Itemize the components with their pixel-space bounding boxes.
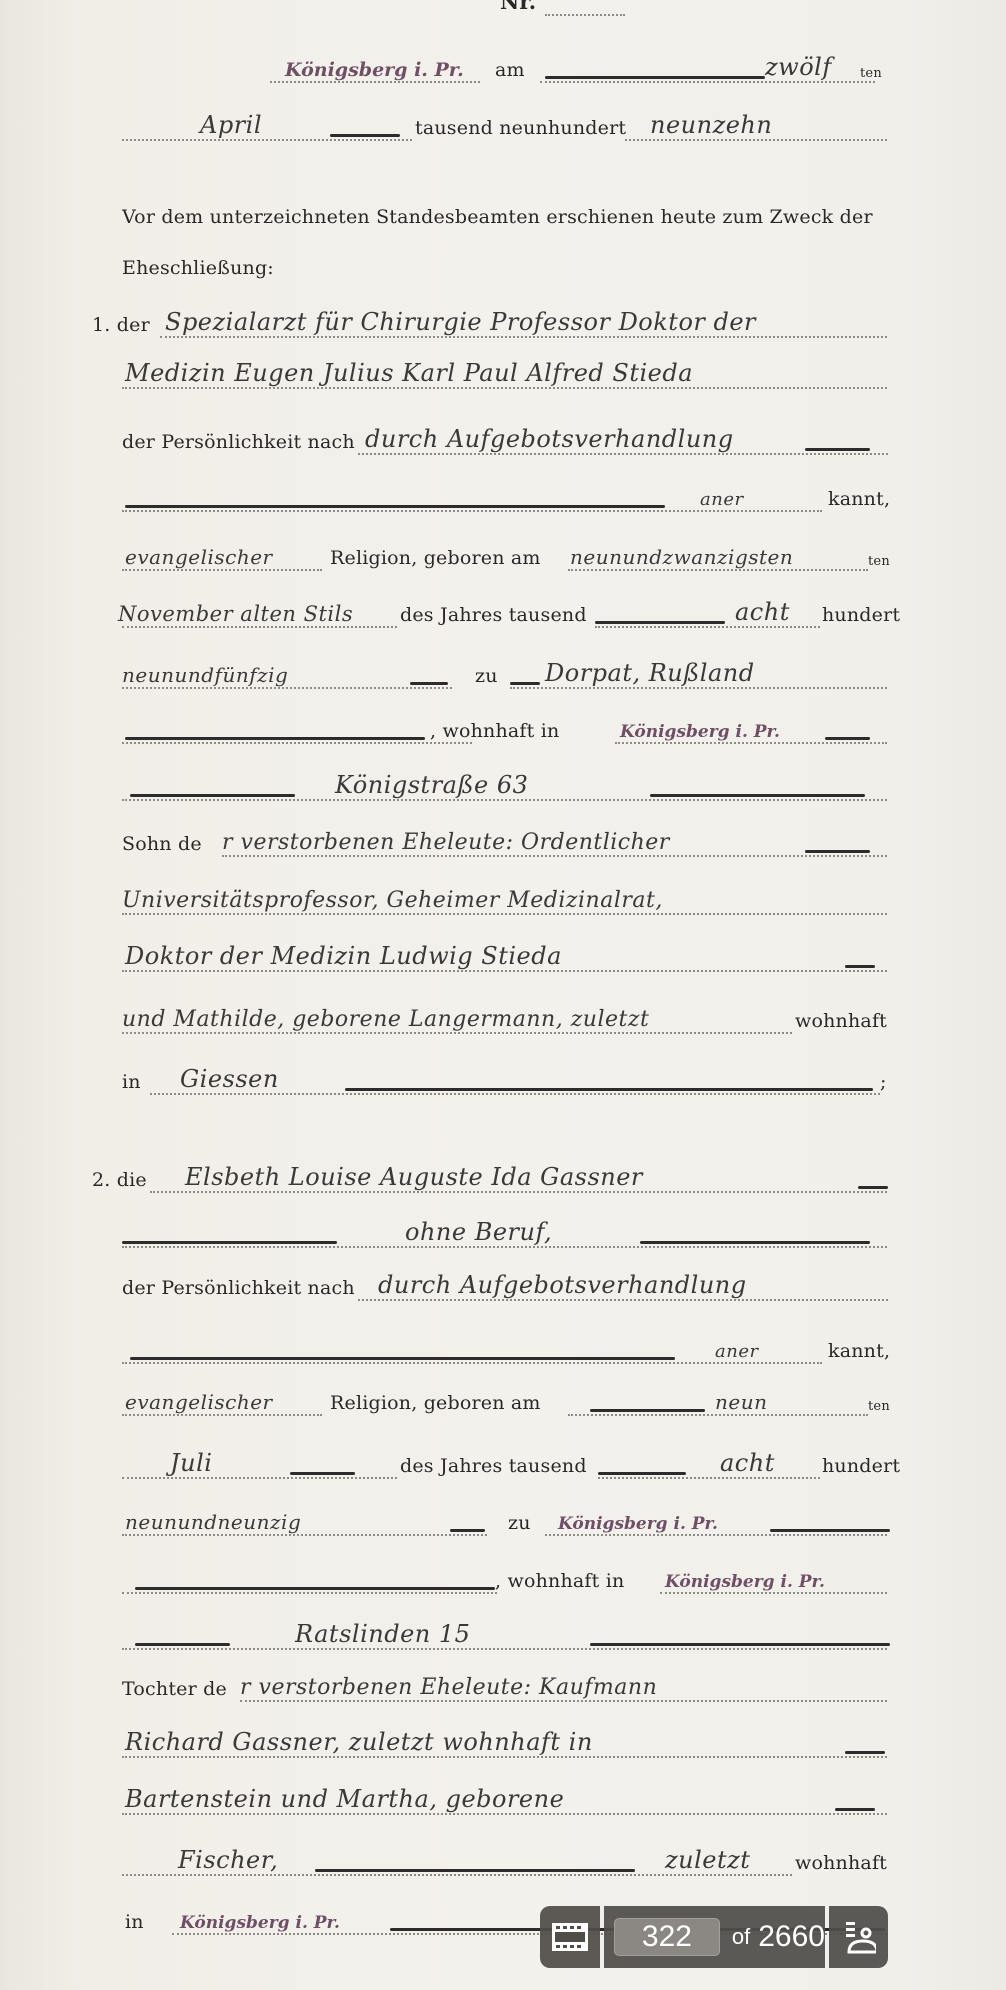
groom-parents-residence-line: in Giessen ; [0, 1057, 1006, 1097]
nr-label: Nr. [500, 0, 536, 14]
groom-religion-line: evangelischer Religion, geboren am neunu… [0, 533, 1006, 573]
groom-occupation-line: 1. der Spezialarzt für Chirurgie Profess… [0, 300, 1006, 340]
groom-birth-year: neunundfünfzig [122, 663, 288, 687]
bride-father: Richard Gassner, zuletzt wohnhaft in [125, 1728, 593, 1756]
bride-name-line: 2. die Elsbeth Louise Auguste Ida Gassne… [0, 1155, 1006, 1195]
groom-mother-line: und Mathilde, geborene Langermann, zulet… [0, 996, 1006, 1036]
wohnhaft-label: wohnhaft [795, 1852, 887, 1874]
place-stamp: Königsberg i. Pr. [285, 59, 464, 81]
bride-identity-line: der Persönlichkeit nach durch Aufgebotsv… [0, 1263, 1006, 1303]
bride-mother-maiden-line: Fischer, zuletzt wohnhaft [0, 1838, 1006, 1878]
kannt-label: kannt, [828, 488, 890, 510]
bride-occupation-line: ohne Beruf, [0, 1210, 1006, 1250]
month-handwritten: April [200, 111, 262, 139]
document-page: Nr. Königsberg i. Pr. am zwölf ten April… [0, 0, 1006, 1990]
groom-father-title-line: Universitätsprofessor, Geheimer Medizina… [0, 877, 1006, 917]
groom-parents-residence: Giessen [180, 1065, 279, 1093]
groom-occupation: Spezialarzt für Chirurgie Professor Dokt… [165, 308, 756, 336]
bride-identity-method: durch Aufgebotsverhandlung [378, 1271, 747, 1299]
kannt-label: kannt, [828, 1340, 890, 1362]
tausend-neunhundert-label: tausend neunhundert [415, 117, 626, 139]
religion-born-label: Religion, geboren am [330, 1392, 541, 1414]
hundert-label: hundert [822, 604, 900, 626]
wohnhaft-in-label: , wohnhaft in [430, 720, 559, 742]
identity-label: der Persönlichkeit nach [122, 1277, 355, 1299]
bride-parents-line: Tochter de r verstorbenen Eheleute: Kauf… [0, 1664, 1006, 1704]
des-jahres-label: des Jahres tausend [400, 1455, 587, 1477]
am-label: am [495, 59, 525, 81]
wohnhaft-label: wohnhaft [795, 1010, 887, 1032]
of-label: of [732, 1924, 750, 1950]
intro-text: Vor dem unterzeichneten Standesbeamten e… [122, 206, 873, 228]
current-page-input[interactable]: 322 [614, 1918, 720, 1956]
groom-residence-line: , wohnhaft in Königsberg i. Pr. [0, 706, 1006, 746]
groom-father-name: Doktor der Medizin Ludwig Stieda [125, 942, 562, 970]
year-handwritten: neunzehn [650, 111, 772, 139]
groom-mother: und Mathilde, geborene Langermann, zulet… [122, 1007, 649, 1032]
sohn-der-label: Sohn de [122, 833, 202, 855]
des-jahres-label: des Jahres tausend [400, 604, 587, 626]
bride-parents-residence-stamp: Königsberg i. Pr. [180, 1913, 340, 1933]
bride-street-line: Ratslinden 15 [0, 1612, 1006, 1652]
ten-suffix: ten [868, 554, 890, 569]
groom-birthplace: Dorpat, Rußland [545, 659, 755, 687]
groom-name: Medizin Eugen Julius Karl Paul Alfred St… [125, 359, 693, 387]
groom-identity-method: durch Aufgebotsverhandlung [365, 425, 734, 453]
in-label: in [125, 1911, 144, 1933]
day-handwritten: zwölf [765, 53, 832, 81]
groom-birth-day: neunundzwanzigsten [570, 545, 793, 569]
zu-label: zu [508, 1512, 531, 1534]
groom-residence-stamp: Königsberg i. Pr. [620, 722, 780, 742]
wohnhaft-in-label: , wohnhaft in [495, 1570, 624, 1592]
bride-birth-century: acht [720, 1449, 775, 1477]
total-pages: 2660 [758, 1920, 825, 1954]
person-list-icon [842, 1920, 876, 1954]
groom-birthplace-line: neunundfünfzig zu Dorpat, Rußland [0, 651, 1006, 691]
filmstrip-button[interactable] [540, 1906, 600, 1968]
month-year-line: April tausend neunhundert neunzehn [0, 103, 1006, 143]
bride-birth-month: Juli [170, 1449, 212, 1477]
religion-born-label: Religion, geboren am [330, 547, 541, 569]
hundert-label: hundert [822, 1455, 900, 1477]
bride-occupation: ohne Beruf, [405, 1218, 552, 1246]
bride-recognized-line: aner kannt, [0, 1326, 1006, 1366]
groom-father-name-line: Doktor der Medizin Ludwig Stieda [0, 934, 1006, 974]
bride-recognized-hand: aner [715, 1341, 759, 1362]
bride-mother-maiden: Fischer, [178, 1846, 278, 1874]
zuletzt-hand: zuletzt [665, 1846, 750, 1874]
bride-number: 2. die [92, 1169, 147, 1191]
marriage-label-line: Eheschließung: [0, 243, 1006, 283]
bride-birth-month-line: Juli des Jahres tausend acht hundert [0, 1441, 1006, 1481]
semicolon: ; [880, 1071, 887, 1093]
ten-suffix: ten [868, 1399, 890, 1414]
groom-recognized-hand: aner [700, 489, 744, 510]
groom-recognized-line: aner kannt, [0, 474, 1006, 514]
bride-street: Ratslinden 15 [295, 1620, 470, 1648]
groom-parents: r verstorbenen Eheleute: Ordentlicher [222, 830, 670, 855]
in-label: in [122, 1071, 141, 1093]
groom-birth-century: acht [735, 598, 790, 626]
intro-line: Vor dem unterzeichneten Standesbeamten e… [0, 192, 1006, 232]
bride-religion: evangelischer [125, 1390, 273, 1414]
groom-birth-month: November alten Stils [118, 602, 353, 626]
bride-mother: Bartenstein und Martha, geborene [125, 1785, 564, 1813]
groom-parents-line: Sohn de r verstorbenen Eheleute: Ordentl… [0, 819, 1006, 859]
bride-birth-year: neunundneunzig [125, 1510, 301, 1534]
page-navigation-toolbar: 322 of 2660 [540, 1906, 888, 1968]
bride-birthplace-line: neunundneunzig zu Königsberg i. Pr. [0, 1498, 1006, 1538]
zu-label: zu [475, 665, 498, 687]
bride-mother-line: Bartenstein und Martha, geborene [0, 1777, 1006, 1817]
bride-birthplace-stamp: Königsberg i. Pr. [558, 1514, 718, 1534]
groom-identity-line: der Persönlichkeit nach durch Aufgebotsv… [0, 417, 1006, 457]
groom-street: Königstraße 63 [335, 771, 528, 799]
bride-residence-stamp: Königsberg i. Pr. [665, 1572, 825, 1592]
bride-parents: r verstorbenen Eheleute: Kaufmann [240, 1675, 657, 1700]
record-number-line: Nr. [0, 0, 1006, 18]
groom-religion: evangelischer [125, 545, 273, 569]
marriage-label: Eheschließung: [122, 257, 274, 279]
filmstrip-icon [552, 1923, 588, 1951]
bride-religion-line: evangelischer Religion, geboren am neun … [0, 1378, 1006, 1418]
tochter-der-label: Tochter de [122, 1678, 227, 1700]
groom-father-title: Universitätsprofessor, Geheimer Medizina… [122, 888, 663, 913]
groom-street-line: Königstraße 63 [0, 763, 1006, 803]
groom-name-line: Medizin Eugen Julius Karl Paul Alfred St… [0, 351, 1006, 391]
page-counter: 322 of 2660 [604, 1906, 825, 1968]
bride-residence-line: , wohnhaft in Königsberg i. Pr. [0, 1556, 1006, 1596]
place-date-line: Königsberg i. Pr. am zwölf ten [0, 45, 1006, 85]
bride-name: Elsbeth Louise Auguste Ida Gassner [185, 1163, 643, 1191]
groom-number: 1. der [92, 314, 150, 336]
identity-label: der Persönlichkeit nach [122, 431, 355, 453]
groom-birth-month-line: November alten Stils des Jahres tausend … [0, 590, 1006, 630]
index-button[interactable] [829, 1906, 888, 1968]
bride-father-line: Richard Gassner, zuletzt wohnhaft in [0, 1720, 1006, 1760]
bride-birth-day: neun [715, 1390, 767, 1414]
ten-suffix: ten [860, 66, 882, 81]
